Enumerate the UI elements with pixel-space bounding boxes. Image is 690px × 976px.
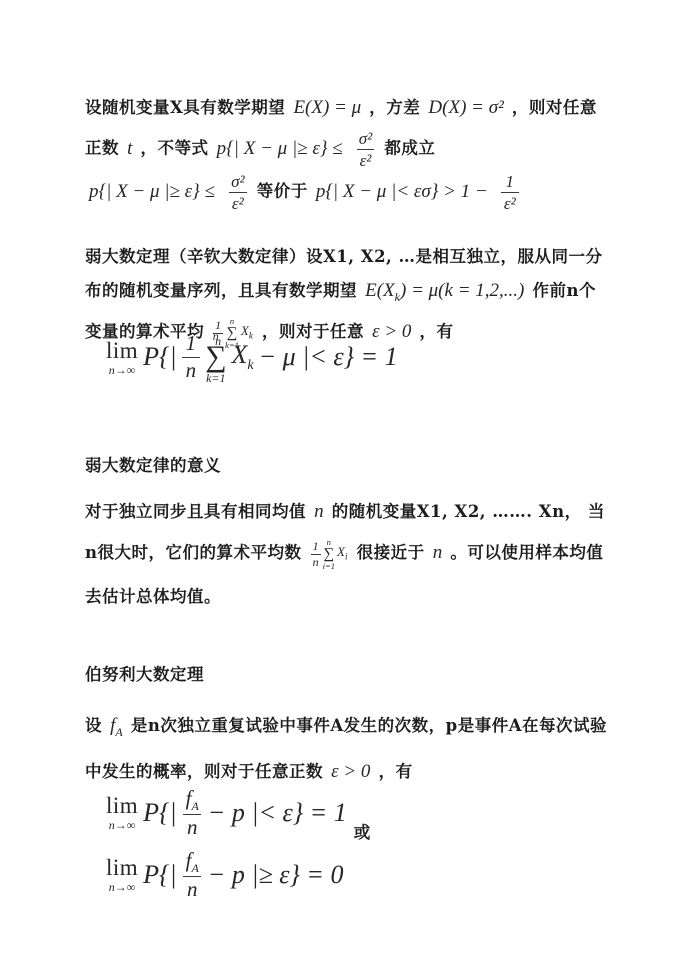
sum-variable: Xk: [232, 340, 254, 374]
text-run: 都成立: [384, 139, 435, 158]
fraction-numerator: σ²: [356, 128, 375, 149]
section-heading: 弱大数定律的意义: [85, 452, 612, 476]
fraction-one-over-n: 1n: [311, 539, 321, 569]
text-equivalent-to: 等价于: [257, 182, 308, 201]
formula-bernoulli-limit-one: limn→∞ P{| fAn − p |< ε} = 1 或: [106, 786, 633, 840]
fraction-numerator: 1: [311, 539, 321, 553]
math-inequality-lhs: p{| X − μ |≥ ε} ≤: [89, 181, 215, 202]
inline-summation: 1n n∑i=1 Xi: [311, 532, 348, 577]
fraction-denominator: n: [183, 876, 202, 902]
sigma-icon: ∑: [205, 342, 226, 372]
paragraph-text: 设随机变量X具有数学期望 E(X) = μ ，方差 D(X) = σ² ，则对任…: [85, 88, 612, 172]
text-run: ，有: [379, 762, 413, 781]
math-run: P{|: [143, 342, 176, 372]
fraction-sigma-over-epsilon: σ²ε²: [356, 128, 375, 172]
heading-weak-lln-meaning: 弱大数定律的意义: [85, 452, 612, 476]
math-subscript: k: [247, 358, 253, 373]
lim-label: lim: [106, 794, 138, 817]
math-run: E(X: [365, 280, 395, 301]
section-heading: 伯努利大数定理: [85, 661, 612, 685]
math-run: P{|: [143, 798, 176, 828]
lim-label: lim: [106, 856, 138, 879]
heading-bernoulli-lln: 伯努利大数定理: [85, 661, 612, 685]
text-run: 设: [85, 716, 102, 735]
text-run: ，方差: [369, 98, 420, 117]
math-subscript: A: [115, 725, 122, 739]
math-expectation-xk: E(Xk) = μ(k = 1,2,...): [365, 280, 524, 301]
limit-operator: limn→∞: [106, 794, 138, 831]
document-page: 设随机变量X具有数学期望 E(X) = μ ，方差 D(X) = σ² ，则对任…: [0, 0, 690, 976]
paragraph-text: 对于独立同步且具有相同均值 n 的随机变量X1, X2, ……. Xn， 当n很…: [85, 492, 612, 617]
fraction-denominator: ε²: [357, 149, 375, 171]
fraction-numerator: 1: [182, 331, 201, 356]
fraction-numerator: 1: [503, 171, 518, 192]
fraction-denominator: n: [311, 554, 321, 569]
sigma-operator: n∑k=1: [205, 330, 226, 384]
paragraph-lln-meaning: 对于独立同步且具有相同均值 n 的随机变量X1, X2, ……. Xn， 当n很…: [85, 492, 612, 617]
limit-operator: limn→∞: [106, 339, 138, 376]
paragraph-text: 设 fA 是n次独立重复试验中事件A发生的次数，p是事件A在每次试验中发生的概率…: [85, 706, 612, 792]
sum-lower-limit: k=1: [206, 372, 225, 384]
fraction-fa-over-n: fAn: [182, 848, 203, 902]
fraction-denominator: ε²: [229, 192, 247, 214]
lim-subscript: n→∞: [109, 364, 136, 376]
math-frequency-fa: fA: [110, 715, 123, 736]
text-or: 或: [354, 819, 371, 843]
math-subscript: i: [345, 552, 348, 562]
math-run: X: [232, 340, 248, 369]
fraction-numerator: fA: [182, 786, 203, 814]
math-run: P{|: [143, 860, 176, 890]
math-subscript: A: [191, 861, 198, 875]
fraction-denominator: ε²: [501, 192, 519, 214]
math-epsilon-positive: ε > 0: [331, 761, 370, 782]
math-run: X: [337, 544, 345, 559]
math-run: − p |< ε} = 1: [208, 798, 347, 828]
sigma-operator: n∑i=1: [323, 538, 335, 570]
math-var-t: t: [127, 138, 132, 159]
math-mean-symbol: n: [314, 501, 324, 522]
formula-weak-lln-limit: limn→∞ P{| 1n n∑k=1 Xk − μ |< ε} = 1: [106, 330, 633, 384]
text-run: 弱大数定理（辛钦大数定律）设X1, X2, …是相互独立，服从同一分布的随机变量…: [85, 247, 603, 300]
text-run: ，不等式: [141, 139, 209, 158]
lim-subscript: n→∞: [109, 819, 136, 831]
math-inequality-rhs: p{| X − μ |< εσ} > 1 −: [316, 181, 488, 202]
math-expectation: E(X) = μ: [293, 97, 361, 118]
fraction-one-over-epsilon: 1ε²: [501, 171, 519, 215]
sum-variable: Xi: [337, 532, 347, 577]
lim-subscript: n→∞: [109, 881, 136, 893]
math-variance: D(X) = σ²: [428, 97, 503, 118]
math-mean-symbol: n: [433, 542, 443, 563]
fraction-fa-over-n: fAn: [182, 786, 203, 840]
fraction-numerator: σ²: [228, 171, 247, 192]
fraction-denominator: n: [182, 357, 201, 383]
paragraph-bernoulli: 设 fA 是n次独立重复试验中事件A发生的次数，p是事件A在每次试验中发生的概率…: [85, 706, 612, 792]
fraction-one-over-n: 1n: [182, 331, 201, 382]
sum-lower-limit: i=1: [323, 562, 335, 571]
paragraph-chebyshev: 设随机变量X具有数学期望 E(X) = μ ，方差 D(X) = σ² ，则对任…: [85, 88, 612, 172]
fraction-numerator: fA: [182, 848, 203, 876]
text-run: 对于独立同步且具有相同均值: [85, 502, 306, 521]
math-run: − p |≥ ε} = 0: [208, 860, 344, 890]
text-run: 设随机变量X具有数学期望: [85, 98, 285, 117]
math-inequality-lhs: p{| X − μ |≥ ε} ≤: [217, 138, 343, 159]
text-run: 很接近于: [357, 543, 425, 562]
limit-operator: limn→∞: [106, 856, 138, 893]
fraction-sigma-over-epsilon: σ²ε²: [228, 171, 247, 215]
math-run: ) = μ(k = 1,2,...): [400, 280, 524, 301]
sigma-icon: ∑: [323, 547, 334, 562]
math-run: − μ |< ε} = 1: [259, 342, 398, 372]
lim-label: lim: [106, 339, 138, 362]
formula-equivalence-line: p{| X − μ |≥ ε} ≤ σ²ε² 等价于 p{| X − μ |< …: [85, 171, 612, 215]
formula-line: p{| X − μ |≥ ε} ≤ σ²ε² 等价于 p{| X − μ |< …: [85, 171, 612, 215]
math-subscript: A: [191, 799, 198, 813]
fraction-denominator: n: [183, 814, 202, 840]
formula-bernoulli-limit-zero: limn→∞ P{| fAn − p |≥ ε} = 0: [106, 848, 633, 902]
